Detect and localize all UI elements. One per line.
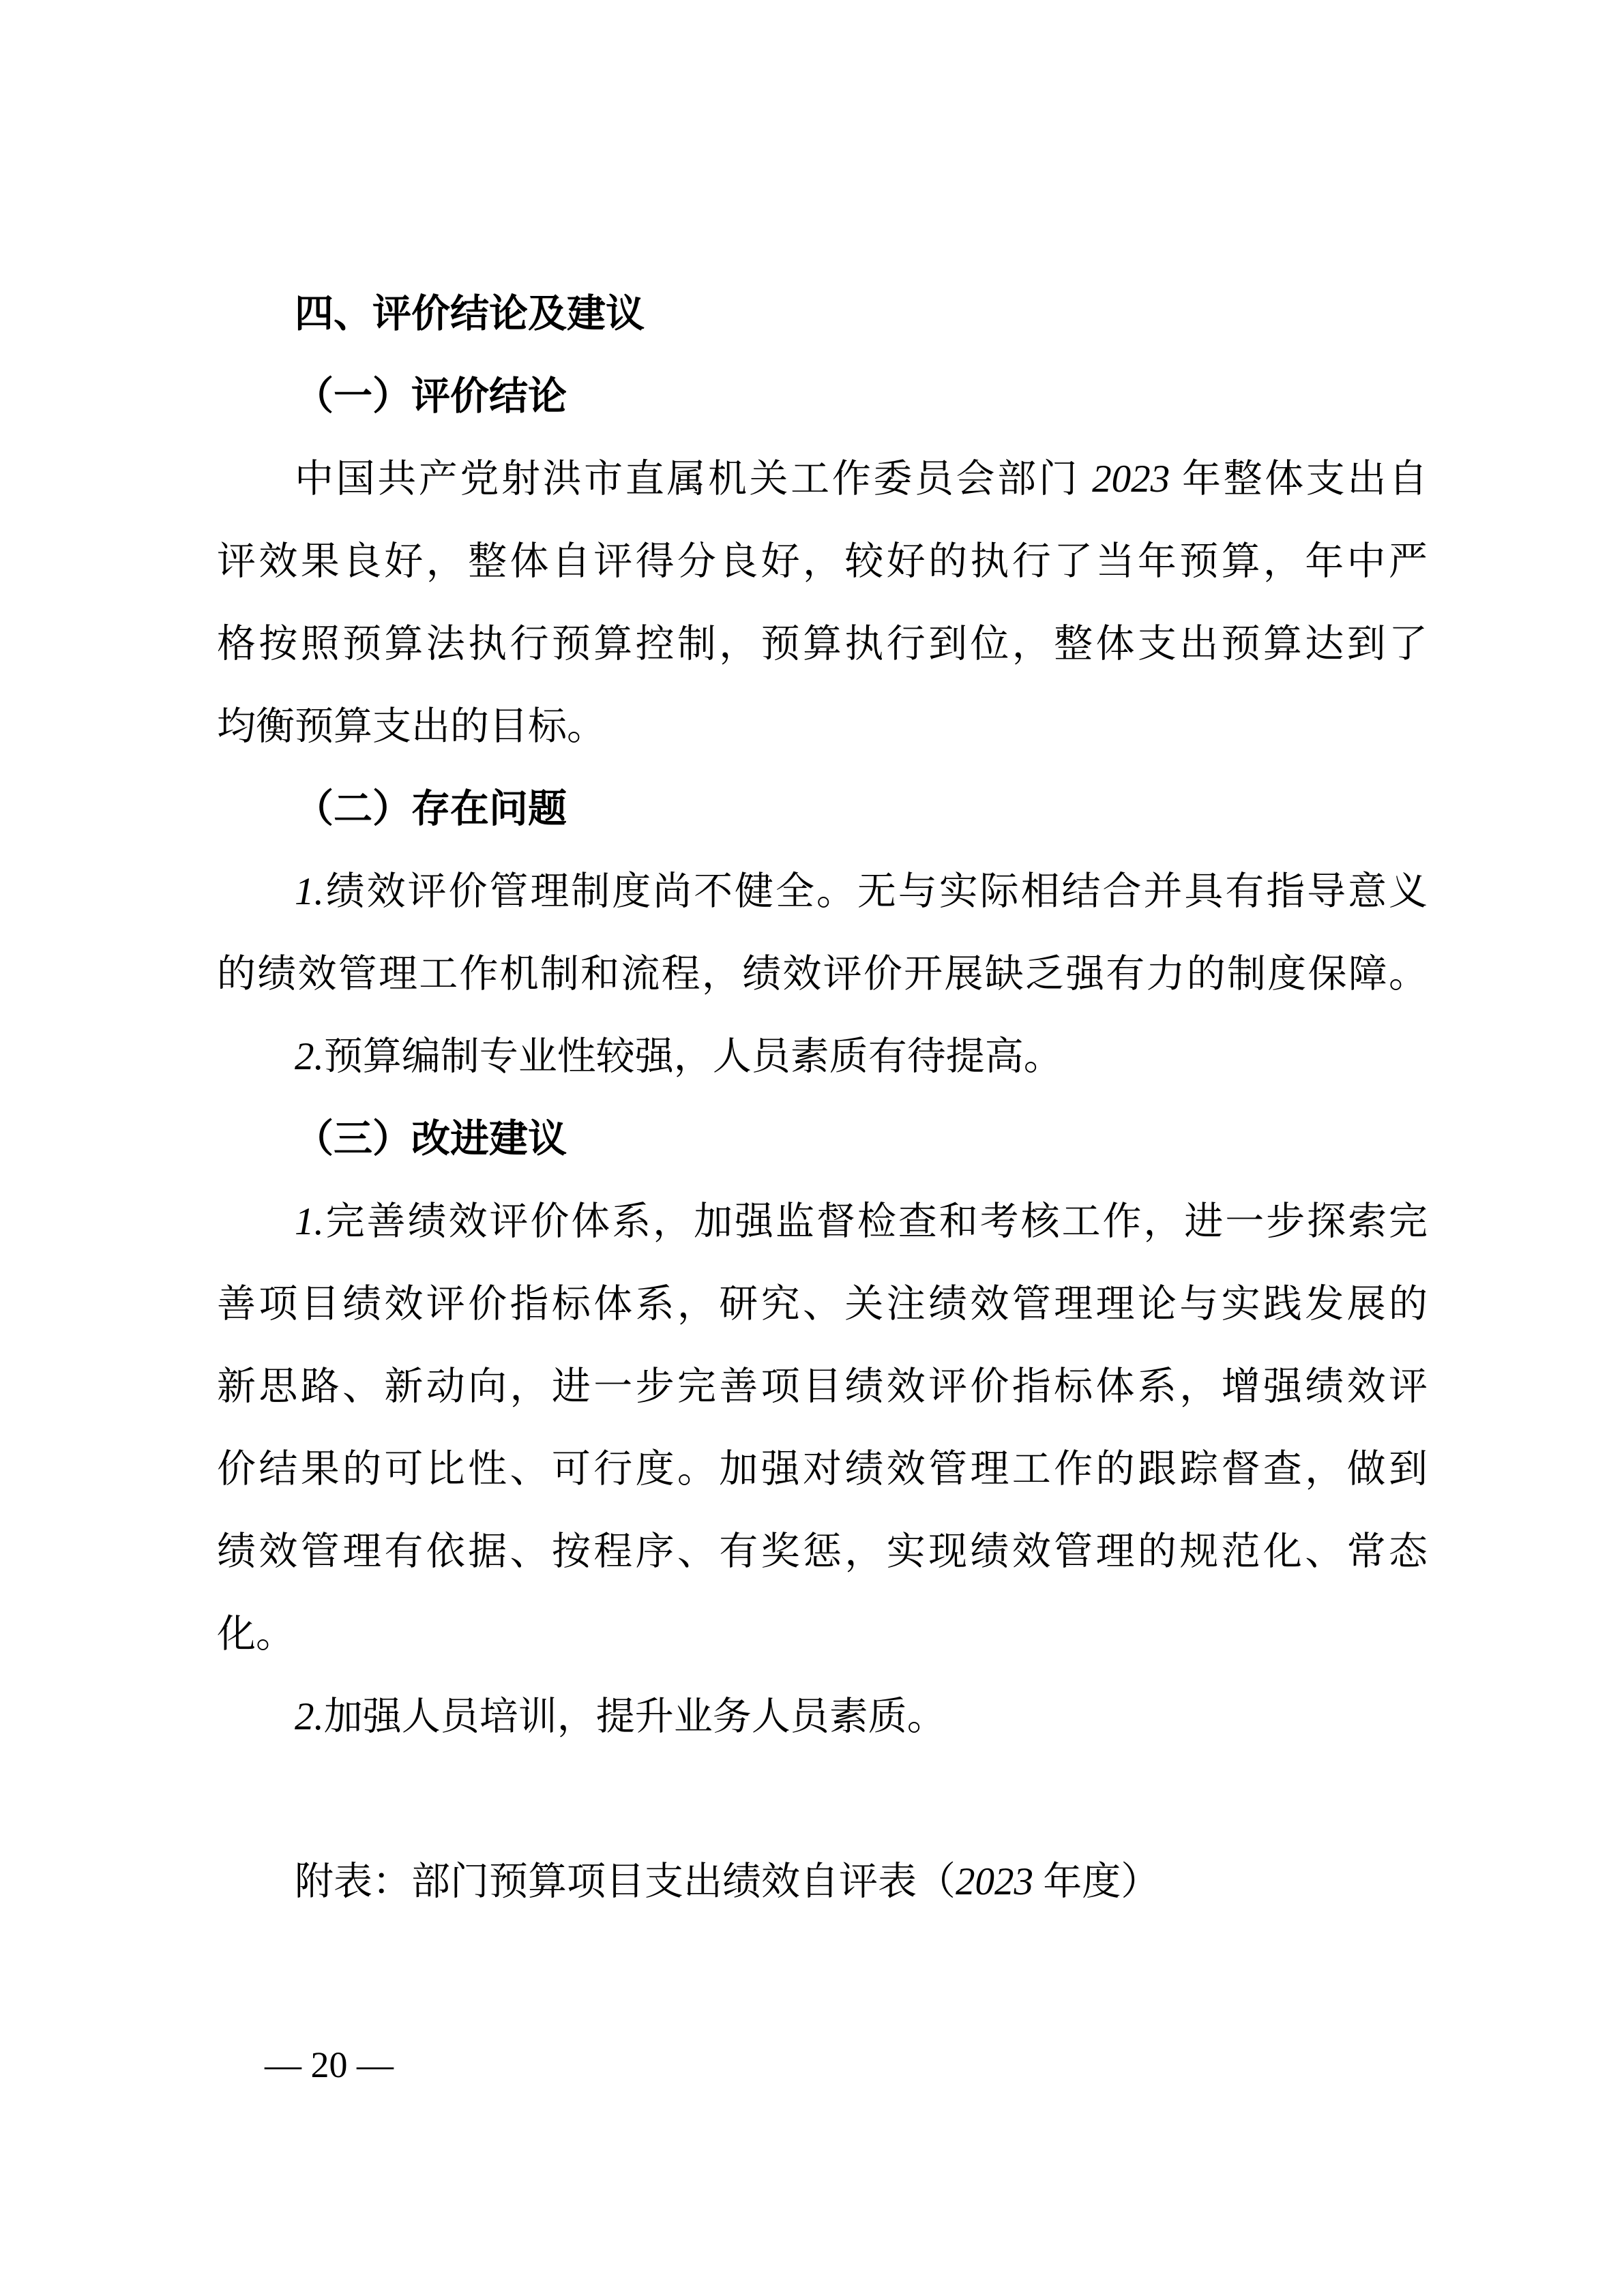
paragraph-body: 2.加强人员培训，提升业务人员素质。	[217, 1675, 1428, 1758]
text-line: 的绩效管理工作机制和流程，绩效评价开展缺乏强有力的制度保障。	[217, 933, 1428, 1015]
document-page: 四、评价结论及建议（一）评价结论中国共产党射洪市直属机关工作委员会部门 2023…	[0, 0, 1624, 2296]
text-line: 评效果良好，整体自评得分良好，较好的执行了当年预算，年中严	[217, 520, 1428, 603]
paragraph-body: 1.完善绩效评价体系，加强监督检查和考核工作，进一步探索完善项目绩效评价指标体系…	[217, 1180, 1428, 1675]
text-line: 中国共产党射洪市直属机关工作委员会部门 2023 年整体支出自	[217, 438, 1428, 520]
text-line: 新思路、新动向，进一步完善项目绩效评价指标体系，增强绩效评	[217, 1345, 1428, 1428]
text-line: 均衡预算支出的目标。	[217, 685, 1428, 768]
text-line: 附表：部门预算项目支出绩效自评表（2023 年度）	[217, 1840, 1428, 1923]
text-line: 2.预算编制专业性较强，人员素质有待提高。	[217, 1015, 1428, 1098]
text-line: 1.绩效评价管理制度尚不健全。无与实际相结合并具有指导意义	[217, 850, 1428, 933]
paragraph-body: 2.预算编制专业性较强，人员素质有待提高。	[217, 1015, 1428, 1098]
text-line: （二）存在问题	[217, 768, 1428, 850]
text-line: 化。	[217, 1593, 1428, 1675]
text-line: （三）改进建议	[217, 1098, 1428, 1180]
text-line: （一）评价结论	[217, 355, 1428, 438]
paragraph-body: 中国共产党射洪市直属机关工作委员会部门 2023 年整体支出自评效果良好，整体自…	[217, 438, 1428, 768]
text-line: 2.加强人员培训，提升业务人员素质。	[217, 1675, 1428, 1758]
text-line: 善项目绩效评价指标体系，研究、关注绩效管理理论与实践发展的	[217, 1263, 1428, 1345]
paragraph-heading2: （二）存在问题	[217, 768, 1428, 850]
text-line: 1.完善绩效评价体系，加强监督检查和考核工作，进一步探索完	[217, 1180, 1428, 1263]
text-line: 价结果的可比性、可行度。加强对绩效管理工作的跟踪督查，做到	[217, 1428, 1428, 1510]
paragraph-heading2: （一）评价结论	[217, 355, 1428, 438]
document-body: 四、评价结论及建议（一）评价结论中国共产党射洪市直属机关工作委员会部门 2023…	[217, 273, 1428, 1923]
text-line: 四、评价结论及建议	[217, 273, 1428, 355]
paragraph-heading2: （三）改进建议	[217, 1098, 1428, 1180]
blank-line	[217, 1758, 1428, 1840]
paragraph-heading1: 四、评价结论及建议	[217, 273, 1428, 355]
paragraph-body: 1.绩效评价管理制度尚不健全。无与实际相结合并具有指导意义的绩效管理工作机制和流…	[217, 850, 1428, 1015]
text-line: 绩效管理有依据、按程序、有奖惩，实现绩效管理的规范化、常态	[217, 1510, 1428, 1593]
text-line: 格按照预算法执行预算控制，预算执行到位，整体支出预算达到了	[217, 603, 1428, 685]
paragraph-attachment: 附表：部门预算项目支出绩效自评表（2023 年度）	[217, 1840, 1428, 1923]
page-number: — 20 —	[265, 2044, 394, 2085]
